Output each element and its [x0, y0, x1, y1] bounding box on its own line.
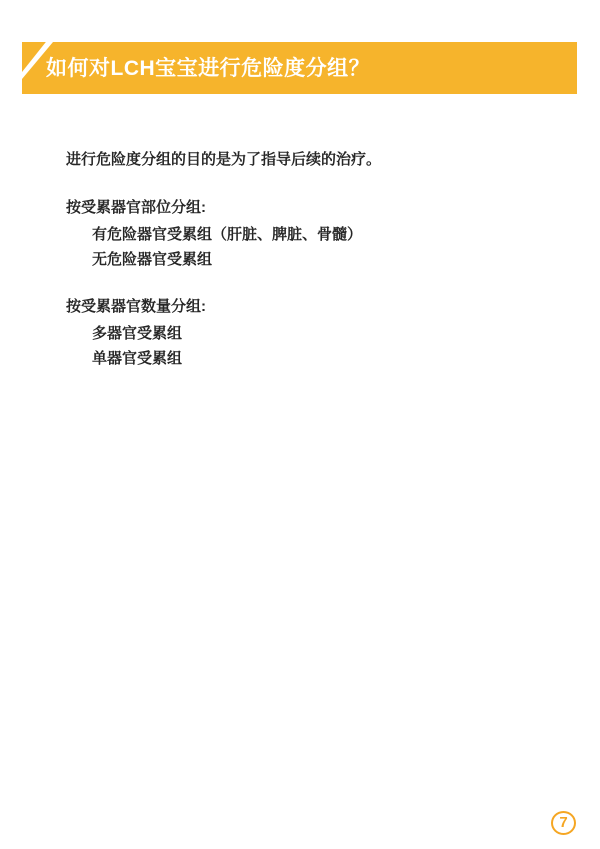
page-title: 如何对LCH宝宝进行危险度分组？	[22, 42, 577, 96]
section-heading-organ-count: 按受累器官数量分组:	[66, 298, 206, 315]
list-item-single-organ-group: 单器官受累组	[92, 350, 182, 367]
intro-text: 进行危险度分组的目的是为了指导后续的治疗。	[66, 151, 381, 168]
list-item-no-risk-organ-group: 无危险器官受累组	[92, 251, 212, 268]
page-number-badge: 7	[551, 811, 576, 835]
document-page: 如何对LCH宝宝进行危险度分组？ 进行危险度分组的目的是为了指导后续的治疗。 按…	[0, 0, 600, 849]
section-heading-organ-site: 按受累器官部位分组:	[66, 199, 206, 216]
list-item-risk-organ-group: 有危险器官受累组（肝脏、脾脏、骨髓）	[92, 226, 362, 243]
header-banner: 如何对LCH宝宝进行危险度分组？	[22, 42, 577, 94]
list-item-multi-organ-group: 多器官受累组	[92, 325, 182, 342]
